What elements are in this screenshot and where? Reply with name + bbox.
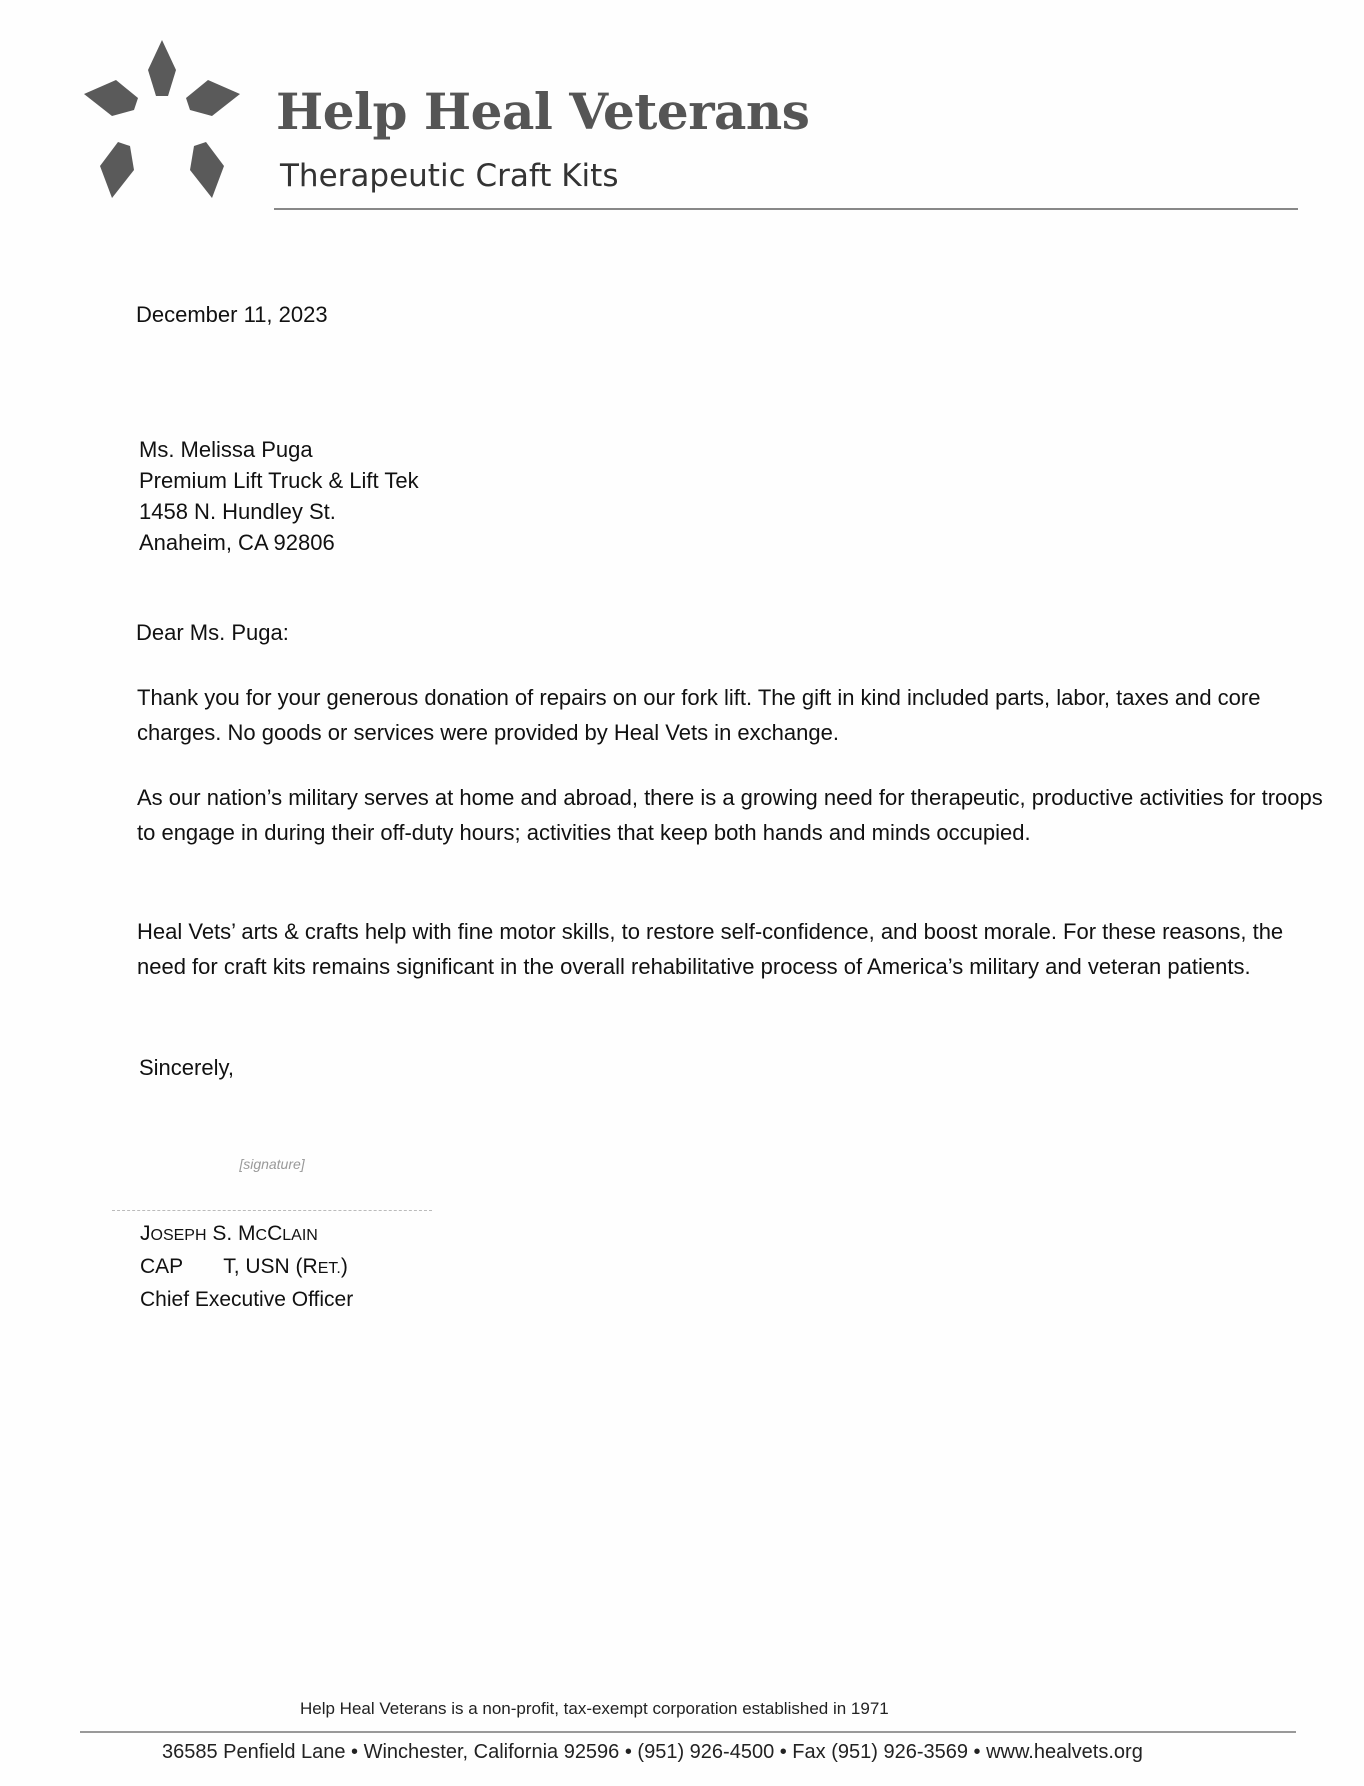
letter-date: December 11, 2023: [136, 302, 328, 328]
paragraph-3: Heal Vets’ arts & crafts help with fine …: [137, 914, 1332, 984]
five-hands-star-logo-icon: [72, 30, 252, 210]
recipient-street: 1458 N. Hundley St.: [139, 496, 419, 527]
recipient-city: Anaheim, CA 92806: [139, 527, 419, 558]
footer-contact: 36585 Penfield Lane • Winchester, Califo…: [162, 1741, 1143, 1764]
paragraph-2: As our nation’s military serves at home …: [137, 780, 1332, 850]
header-divider: [274, 208, 1298, 210]
signer-title: Chief Executive Officer: [140, 1284, 353, 1315]
recipient-name: Ms. Melissa Puga: [139, 434, 419, 465]
signer-rank: CAPT, USN (RET.): [140, 1251, 353, 1284]
paragraph-1: Thank you for your generous donation of …: [137, 680, 1332, 750]
recipient-address: Ms. Melissa Puga Premium Lift Truck & Li…: [139, 434, 419, 558]
recipient-company: Premium Lift Truck & Lift Tek: [139, 465, 419, 496]
letter-page: Help Heal Veterans Therapeutic Craft Kit…: [0, 0, 1364, 1786]
org-name: Help Heal Veterans: [276, 82, 809, 141]
org-tagline: Therapeutic Craft Kits: [280, 158, 618, 194]
signature-placeholder: [signature]: [112, 1118, 432, 1211]
footer-divider: [80, 1731, 1296, 1733]
salutation: Dear Ms. Puga:: [136, 620, 289, 646]
footer-note: Help Heal Veterans is a non-profit, tax-…: [300, 1699, 889, 1719]
signer-name: JOSEPH S. MCCLAIN: [140, 1218, 353, 1251]
closing: Sincerely,: [139, 1055, 234, 1081]
signer-block: JOSEPH S. MCCLAIN CAPT, USN (RET.) Chief…: [140, 1218, 353, 1315]
